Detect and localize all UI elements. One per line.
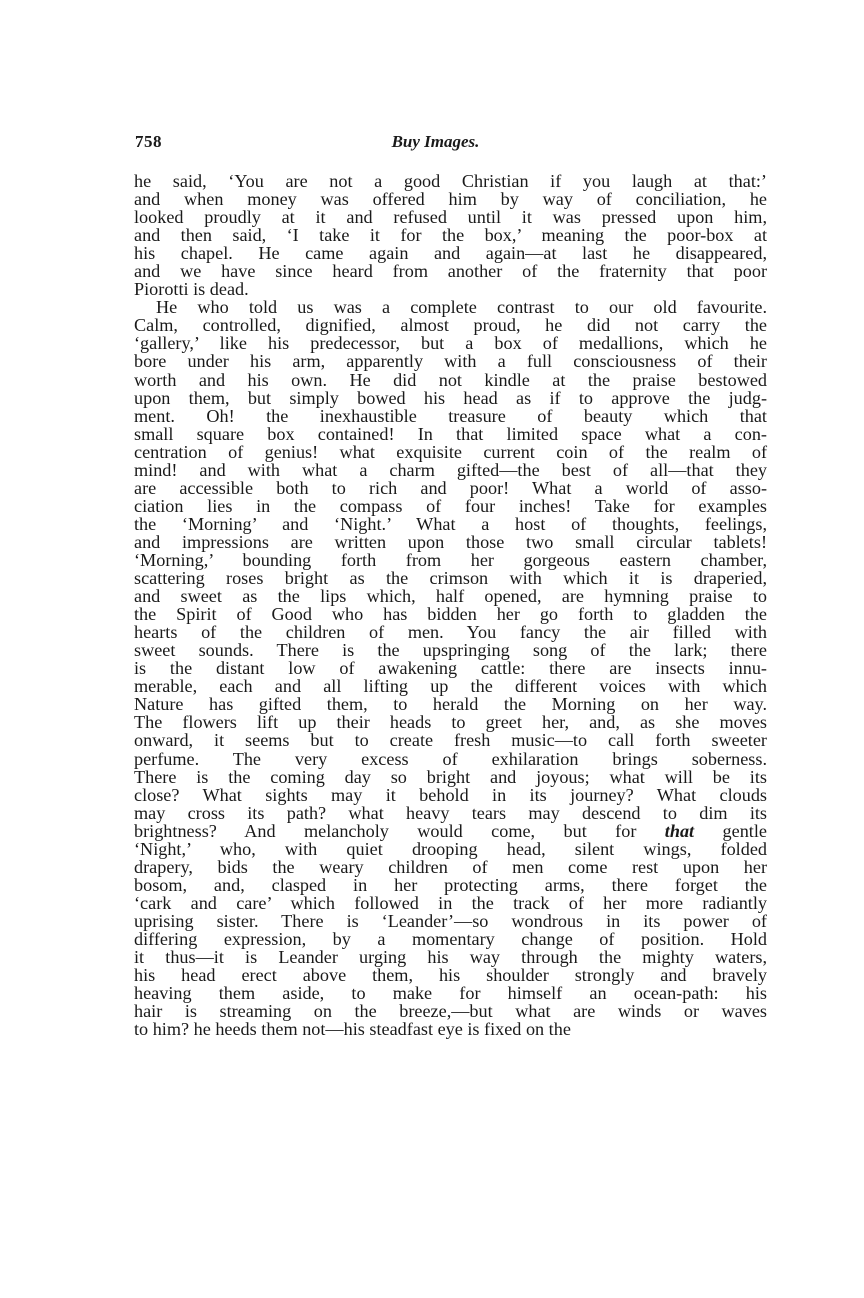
text-line: and sweet as the lips which, half opened… xyxy=(134,587,767,605)
text-line: he said, ‘You are not a good Christian i… xyxy=(134,172,767,190)
book-page: 758 Buy Images. he said, ‘You are not a … xyxy=(134,130,767,1038)
text-line: He who told us was a complete contrast t… xyxy=(134,298,767,316)
page-header: 758 Buy Images. xyxy=(134,130,767,158)
text-line: bosom, and, clasped in her protecting ar… xyxy=(134,876,767,894)
text-line: perfume. The very excess of exhilaration… xyxy=(134,750,767,768)
text-line: differing expression, by a momentary cha… xyxy=(134,930,767,948)
paragraph: He who told us was a complete contrast t… xyxy=(134,298,767,1038)
text-line: merable, each and all lifting up the dif… xyxy=(134,677,767,695)
text-line: scattering roses bright as the crimson w… xyxy=(134,569,767,587)
page-body: he said, ‘You are not a good Christian i… xyxy=(134,172,767,1038)
text-line: centration of genius! what exquisite cur… xyxy=(134,443,767,461)
text-line: and when money was offered him by way of… xyxy=(134,190,767,208)
text-line: ‘Morning,’ bounding forth from her gorge… xyxy=(134,551,767,569)
text-line: his chapel. He came again and again—at l… xyxy=(134,244,767,262)
text-line: and we have since heard from another of … xyxy=(134,262,767,280)
text-line: mind! and with what a charm gifted—the b… xyxy=(134,461,767,479)
text-line: There is the coming day so bright and jo… xyxy=(134,768,767,786)
text-line: sweet sounds. There is the upspringing s… xyxy=(134,641,767,659)
text-line: and impressions are written upon those t… xyxy=(134,533,767,551)
text-line: looked proudly at it and refused until i… xyxy=(134,208,767,226)
text-line: to him? he heeds them not—his steadfast … xyxy=(134,1020,767,1038)
text-line: close? What sights may it behold in its … xyxy=(134,786,767,804)
text-line: ment. Oh! the inexhaustible treasure of … xyxy=(134,407,767,425)
text-line: small square box contained! In that limi… xyxy=(134,425,767,443)
text-line: are accessible both to rich and poor! Wh… xyxy=(134,479,767,497)
text-line: drapery, bids the weary children of men … xyxy=(134,858,767,876)
text-line: it thus—it is Leander urging his way thr… xyxy=(134,948,767,966)
paragraph: he said, ‘You are not a good Christian i… xyxy=(134,172,767,298)
text-line: heaving them aside, to make for himself … xyxy=(134,984,767,1002)
emphasized-word: that xyxy=(665,821,694,841)
text-line: Nature has gifted them, to herald the Mo… xyxy=(134,695,767,713)
text-line: his head erect above them, his shoulder … xyxy=(134,966,767,984)
text-line: bore under his arm, apparently with a fu… xyxy=(134,352,767,370)
text-line: brightness? And melancholy would come, b… xyxy=(134,822,767,840)
text-line: upon them, but simply bowed his head as … xyxy=(134,389,767,407)
text-line: onward, it seems but to create fresh mus… xyxy=(134,731,767,749)
text-line: worth and his own. He did not kindle at … xyxy=(134,371,767,389)
text-line: hair is streaming on the breeze,—but wha… xyxy=(134,1002,767,1020)
text-line: Calm, controlled, dignified, almost prou… xyxy=(134,316,767,334)
text-line: hearts of the children of men. You fancy… xyxy=(134,623,767,641)
text-line: ‘gallery,’ like his predecessor, but a b… xyxy=(134,334,767,352)
running-title: Buy Images. xyxy=(134,132,767,152)
text-line: ‘cark and care’ which followed in the tr… xyxy=(134,894,767,912)
text-line: ciation lies in the compass of four inch… xyxy=(134,497,767,515)
text-line: is the distant low of awakening cattle: … xyxy=(134,659,767,677)
text-line: uprising sister. There is ‘Leander’—so w… xyxy=(134,912,767,930)
text-line: The flowers lift up their heads to greet… xyxy=(134,713,767,731)
text-line: Piorotti is dead. xyxy=(134,280,767,298)
text-line: ‘Night,’ who, with quiet drooping head, … xyxy=(134,840,767,858)
text-line: may cross its path? what heavy tears may… xyxy=(134,804,767,822)
text-line: the Spirit of Good who has bidden her go… xyxy=(134,605,767,623)
text-line: the ‘Morning’ and ‘Night.’ What a host o… xyxy=(134,515,767,533)
text-line: and then said, ‘I take it for the box,’ … xyxy=(134,226,767,244)
